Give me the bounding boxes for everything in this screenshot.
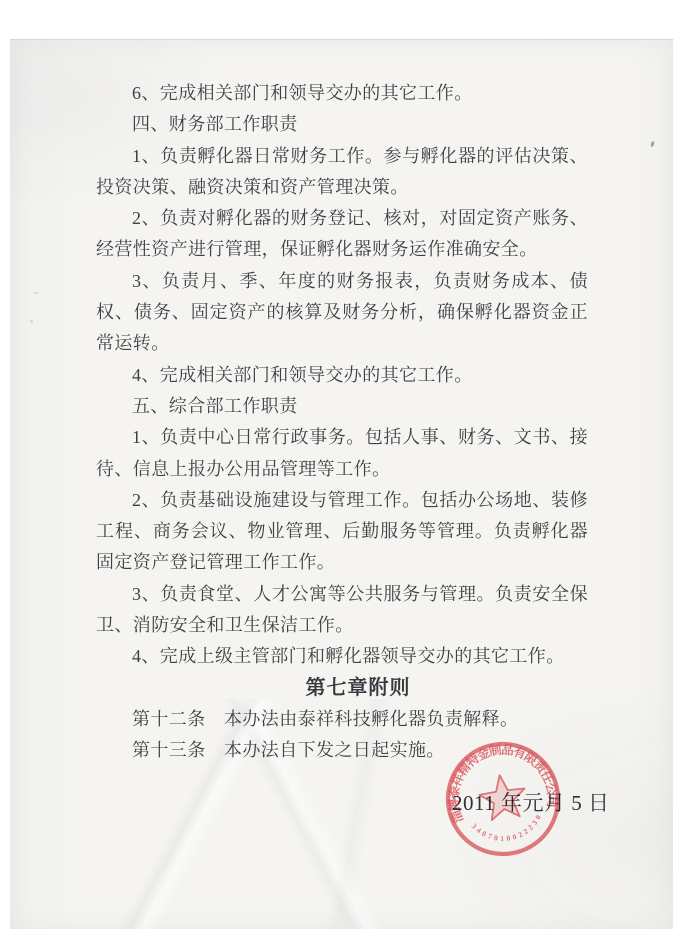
body-paragraph: 4、完成上级主管部门和孵化器领导交办的其它工作。 (96, 641, 588, 672)
scan-speck (34, 292, 38, 294)
scan-speck (30, 320, 33, 323)
body-paragraph: 2、负责对孵化器的财务登记、核对，对固定资产账务、经营性资产进行管理，保证孵化器… (96, 203, 588, 266)
body-paragraph: 五、综合部工作职责 (96, 391, 588, 422)
chapter-heading: 第七章附则 (112, 673, 604, 704)
body-paragraph: 3、负责月、季、年度的财务报表，负责财务成本、债权、债务、固定资产的核算及财务分… (96, 266, 588, 360)
date-line: 2011 年元月 5 日 (452, 787, 609, 817)
body-paragraph: 3、负责食堂、人才公寓等公共服务与管理。负责安全保卫、消防安全和卫生保洁工作。 (96, 579, 588, 642)
body-paragraph: 1、负责孵化器日常财务工作。参与孵化器的评估决策、投资决策、融资决策和资产管理决… (96, 141, 588, 204)
scan-speck (347, 191, 350, 194)
body-paragraph: 1、负责中心日常行政事务。包括人事、财务、文书、接待、信息上报办公用品管理等工作… (96, 422, 588, 485)
body-paragraph: 6、完成相关部门和领导交办的其它工作。 (96, 78, 588, 109)
body-paragraph: 2、负责基础设施建设与管理工作。包括办公场地、装修工程、商务会议、物业管理、后勤… (96, 485, 588, 579)
document-body: 6、完成相关部门和领导交办的其它工作。 四、财务部工作职责 1、负责孵化器日常财… (96, 78, 588, 767)
article-line: 第十二条 本办法由泰祥科技孵化器负责解释。 (96, 704, 588, 735)
body-paragraph: 4、完成相关部门和领导交办的其它工作。 (96, 360, 588, 391)
body-paragraph: 四、财务部工作职责 (96, 109, 588, 140)
